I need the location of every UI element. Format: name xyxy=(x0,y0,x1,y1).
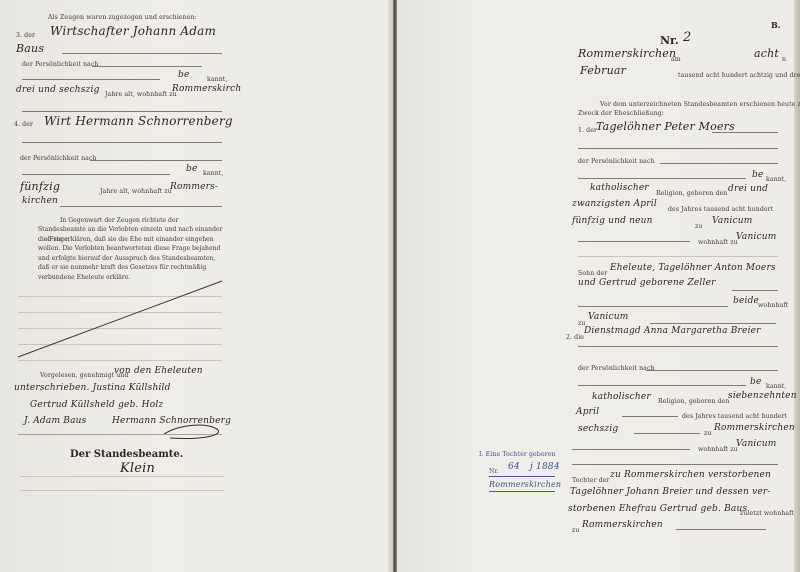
bride-parents-line1: zu Rommerskirchen verstorbenen xyxy=(610,470,771,480)
witness4-age-print: Jahre alt, wohnhaft zu xyxy=(100,188,172,195)
margin-note-line1: I. Eine Tochter geboren xyxy=(479,451,556,458)
margin-note-number: 64 xyxy=(508,462,520,472)
groom-parents-print: Sohn der xyxy=(578,270,607,277)
bride-prefix: 2. die xyxy=(566,334,584,341)
bride-parents-print: Tochter der xyxy=(572,477,610,484)
witness4-residence-hand-2: kirchen xyxy=(22,196,58,206)
bride-religion-print: Religion, geboren den xyxy=(658,398,729,405)
bride-known-print: kannt, xyxy=(766,383,786,390)
witness4-residence-hand-1: Rommers- xyxy=(170,182,218,192)
signature-flourish xyxy=(160,420,224,444)
bride-birth-month-hand: April xyxy=(576,407,599,417)
groom-parents-line1: Eheleute, Tagelöhner Anton Moers xyxy=(610,263,776,273)
intro-line-1: Vor dem unterzeichneten Standesbeamten e… xyxy=(600,101,800,108)
groom-residence-print: wohnhaft zu xyxy=(698,239,738,246)
margin-note-year: j 1884 xyxy=(530,462,560,472)
groom-parents-line2: und Gertrud geborene Zeller xyxy=(578,278,716,288)
bride-residence-hand: Vanicum xyxy=(736,439,777,449)
signature-witness3: J. Adam Baus xyxy=(24,416,86,426)
am-label: am xyxy=(671,56,681,63)
groom-parents-residence-print: wohnhaft xyxy=(758,302,788,309)
bride-birth-place-hand: Rommerskirchen xyxy=(714,423,795,433)
groom-birth-year-print: des Jahres tausend acht hundert xyxy=(668,206,773,213)
witness3-residence-hand: Rommerskirch xyxy=(172,84,241,94)
corner-letter: B. xyxy=(771,20,781,30)
approval-hand-line2: unterschrieben. Justina Küllshild xyxy=(14,383,171,393)
groom-known-hand: be xyxy=(752,170,764,180)
groom-birth-place-hand: Vanicum xyxy=(712,216,753,226)
bride-parents-residence-print: zuletzt wohnhaft xyxy=(740,510,794,517)
witness3-prefix: 3. der xyxy=(16,32,35,39)
groom-prefix: 1. der xyxy=(578,127,597,134)
witness4-known-print: kannt, xyxy=(203,170,223,177)
witness3-age-hand: drei und sechszig xyxy=(16,85,100,95)
officer-signature: Klein xyxy=(120,461,155,476)
bride-parents-place-print: zu xyxy=(572,527,579,534)
officer-title: Der Standesbeamte. xyxy=(70,449,183,460)
day-hand: acht xyxy=(754,47,779,60)
groom-birth-day-hand2: zwanzigsten April xyxy=(572,199,657,209)
bride-parents-line2: Tagelöhner Johann Breier und dessen ver- xyxy=(570,487,771,497)
witness3-name-line2: Baus xyxy=(16,42,44,55)
record-number: 2 xyxy=(683,30,691,45)
bride-name: Dienstmagd Anna Margaretha Breier xyxy=(584,326,761,336)
day-suffix: n xyxy=(782,56,786,63)
record-number-label: Nr. xyxy=(660,34,679,47)
place-hand: Rommerskirchen xyxy=(578,47,676,60)
witness4-known-hand: be xyxy=(186,164,198,174)
witness4-identity-label: der Persönlichkeit nach xyxy=(20,155,97,162)
groom-birth-day-hand: drei und xyxy=(728,184,768,194)
witness4-name: Wirt Hermann Schnorrenberg xyxy=(44,114,233,128)
groom-identity-label: der Persönlichkeit nach xyxy=(578,158,655,165)
witness3-identity-label: der Persönlichkeit nach xyxy=(22,61,99,68)
year-print: tausend acht hundert achtzig und drei. xyxy=(678,72,800,79)
groom-religion-print: Religion, geboren den xyxy=(656,190,727,197)
groom-religion-hand: katholischer xyxy=(590,183,649,193)
bride-birth-year-print: des Jahres tausend acht hundert xyxy=(682,413,787,420)
page-edge-right xyxy=(794,0,800,572)
bride-known-hand: be xyxy=(750,377,762,387)
ceremony-paragraph-2: ob sie erklären, daß sie die Ehe mit ein… xyxy=(38,235,224,282)
witness3-known-print: kannt, xyxy=(207,76,227,83)
groom-birth-place-print: zu xyxy=(695,223,702,230)
strike-through-line xyxy=(16,278,226,360)
approval-hand-line1: von den Eheleuten xyxy=(114,366,203,376)
witness3-age-print: Jahre alt, wohnhaft zu xyxy=(105,91,177,98)
groom-residence-hand: Vanicum xyxy=(736,232,777,242)
groom-birth-year-hand: fünfzig und neun xyxy=(572,216,653,226)
margin-note-place: Rommerskirchen xyxy=(489,480,561,489)
signature-bride-mother: Gertrud Küllsheld geb. Holz xyxy=(30,400,163,410)
bride-birth-day-hand: siebenzehnten xyxy=(728,391,797,401)
groom-parents-place-hand: Vanicum xyxy=(588,312,629,322)
month-hand: Februar xyxy=(580,64,626,77)
witness3-known-hand: be xyxy=(178,70,190,80)
witness4-age-hand: fünfzig xyxy=(20,180,60,193)
bride-residence-print: wohnhaft zu xyxy=(698,446,738,453)
margin-note-nr: Nr. xyxy=(489,468,499,475)
bride-birth-place-print: zu xyxy=(704,430,711,437)
bride-birth-year-hand: sechszig xyxy=(578,424,618,434)
groom-parents-residence-hand: beide xyxy=(733,296,759,306)
bride-parents-line3: storbenen Ehefrau Gertrud geb. Baus xyxy=(568,504,747,514)
bride-identity-label: der Persönlichkeit nach xyxy=(578,365,655,372)
groom-known-print: kannt, xyxy=(766,176,786,183)
witness-intro: Als Zeugen waren zugezogen und erschiene… xyxy=(48,14,197,21)
witness3-name-line1: Wirtschafter Johann Adam xyxy=(50,24,216,38)
witness4-prefix: 4. der xyxy=(14,121,33,128)
intro-line-2: Zweck der Eheschließung: xyxy=(578,110,664,117)
bride-religion-hand: katholischer xyxy=(592,392,651,402)
bride-parents-place-hand: Rommerskirchen xyxy=(582,520,663,530)
